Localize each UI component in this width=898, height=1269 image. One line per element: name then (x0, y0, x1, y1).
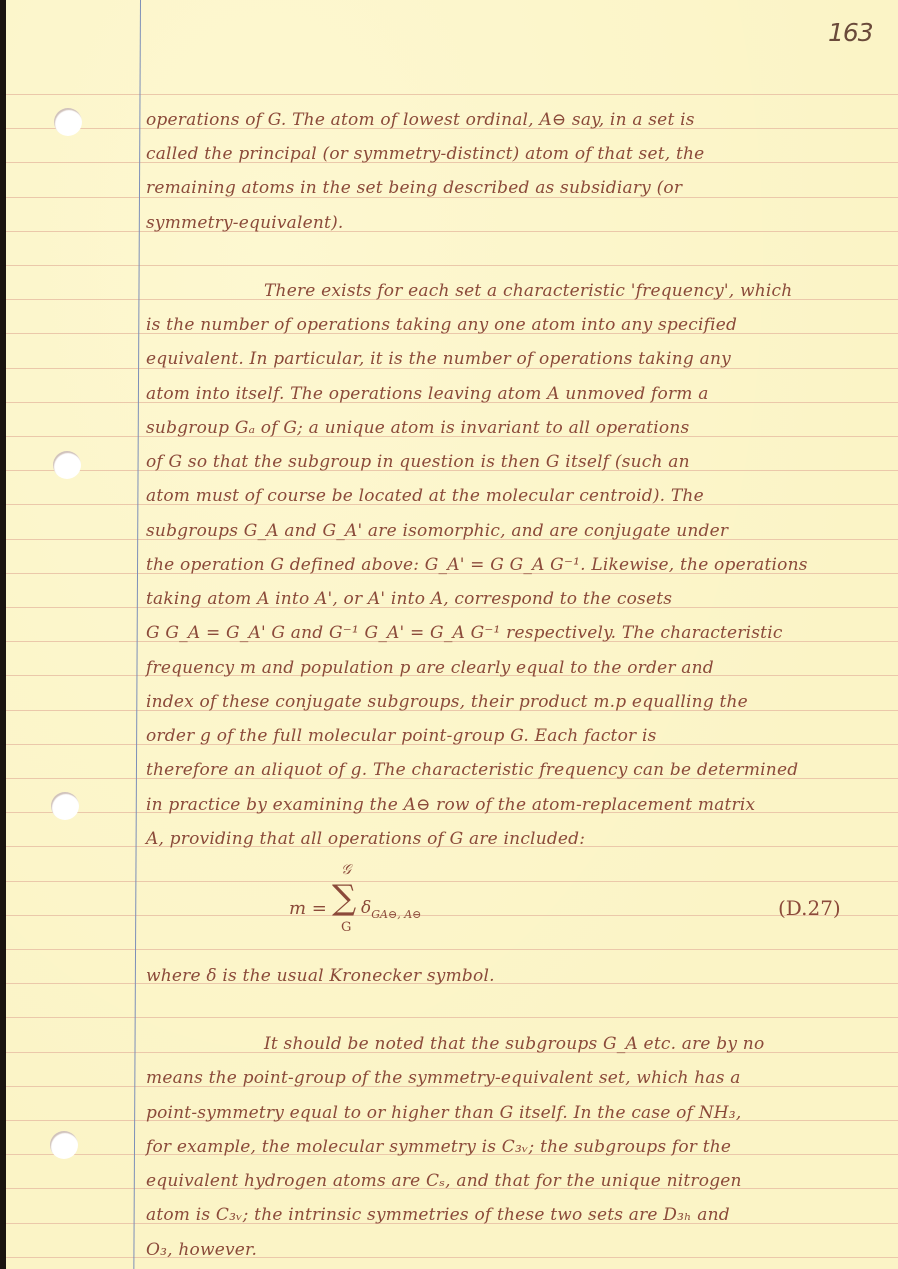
delta-subscript: GA⊖, A⊖ (371, 908, 421, 921)
text-line: of G so that the subgroup in question is… (146, 452, 690, 472)
text-line: operations of G. The atom of lowest ordi… (146, 110, 695, 130)
punch-hole (54, 108, 82, 136)
equation-label: (D.27) (778, 896, 841, 920)
sum-symbol: ∑ (332, 878, 356, 918)
ruled-line (6, 1257, 898, 1258)
text-line: atom is C₃ᵥ; the intrinsic symmetries of… (146, 1205, 730, 1225)
text-line: subgroups G_A and G_A' are isomorphic, a… (146, 521, 728, 541)
text-line: There exists for each set a characterist… (264, 281, 792, 301)
text-line: equivalent hydrogen atoms are Cₛ, and th… (146, 1171, 742, 1191)
kronecker-delta: δGA⊖, A⊖ (361, 898, 421, 921)
ruled-line (6, 949, 898, 950)
text-line: remaining atoms in the set being describ… (146, 178, 682, 198)
ruled-line (6, 1017, 898, 1018)
ruled-line (6, 231, 898, 232)
text-line: is the number of operations taking any o… (146, 315, 737, 335)
text-line: frequency m and population p are clearly… (146, 658, 714, 678)
text-line: index of these conjugate subgroups, thei… (146, 692, 748, 712)
text-line: therefore an aliquot of g. The character… (146, 760, 798, 780)
text-line: means the point-group of the symmetry-eq… (146, 1068, 741, 1088)
ruled-line (6, 265, 898, 266)
text-line: the operation G defined above: G_A' = G … (146, 555, 808, 575)
text-line: in practice by examining the A⊖ row of t… (146, 795, 755, 815)
ruled-line (6, 915, 898, 916)
text-line: where δ is the usual Kronecker symbol. (146, 966, 495, 986)
text-line: atom into itself. The operations leaving… (146, 384, 709, 404)
sum-lower-limit: G (341, 920, 351, 935)
delta-symbol: δ (361, 898, 371, 918)
text-line: It should be noted that the subgroups G_… (264, 1034, 764, 1054)
text-line: symmetry-equivalent). (146, 213, 344, 233)
text-line: subgroup Gₐ of G; a unique atom is invar… (146, 418, 689, 438)
page-number: 163 (828, 18, 873, 47)
text-line: A, providing that all operations of G ar… (146, 829, 585, 849)
punch-hole (50, 1131, 78, 1159)
text-line: called the principal (or symmetry-distin… (146, 144, 704, 164)
ruled-line (6, 881, 898, 882)
margin-line (133, 0, 141, 1269)
text-line: taking atom A into A', or A' into A, cor… (146, 589, 672, 609)
text-line: for example, the molecular symmetry is C… (146, 1137, 731, 1157)
punch-hole (51, 792, 79, 820)
text-line: point-symmetry equal to or higher than G… (146, 1103, 741, 1123)
text-line: order g of the full molecular point-grou… (146, 726, 657, 746)
sum-upper-limit: 𝒢 (341, 862, 351, 878)
text-line: equivalent. In particular, it is the num… (146, 349, 731, 369)
text-line: G G_A = G_A' G and G⁻¹ G_A' = G_A G⁻¹ re… (146, 623, 783, 643)
text-line: atom must of course be located at the mo… (146, 486, 704, 506)
punch-hole (53, 451, 81, 479)
equation-lhs: m = (289, 898, 327, 919)
notebook-page: 163 operations of G. The atom of lowest … (6, 0, 898, 1269)
text-line: O₃, however. (146, 1240, 257, 1260)
